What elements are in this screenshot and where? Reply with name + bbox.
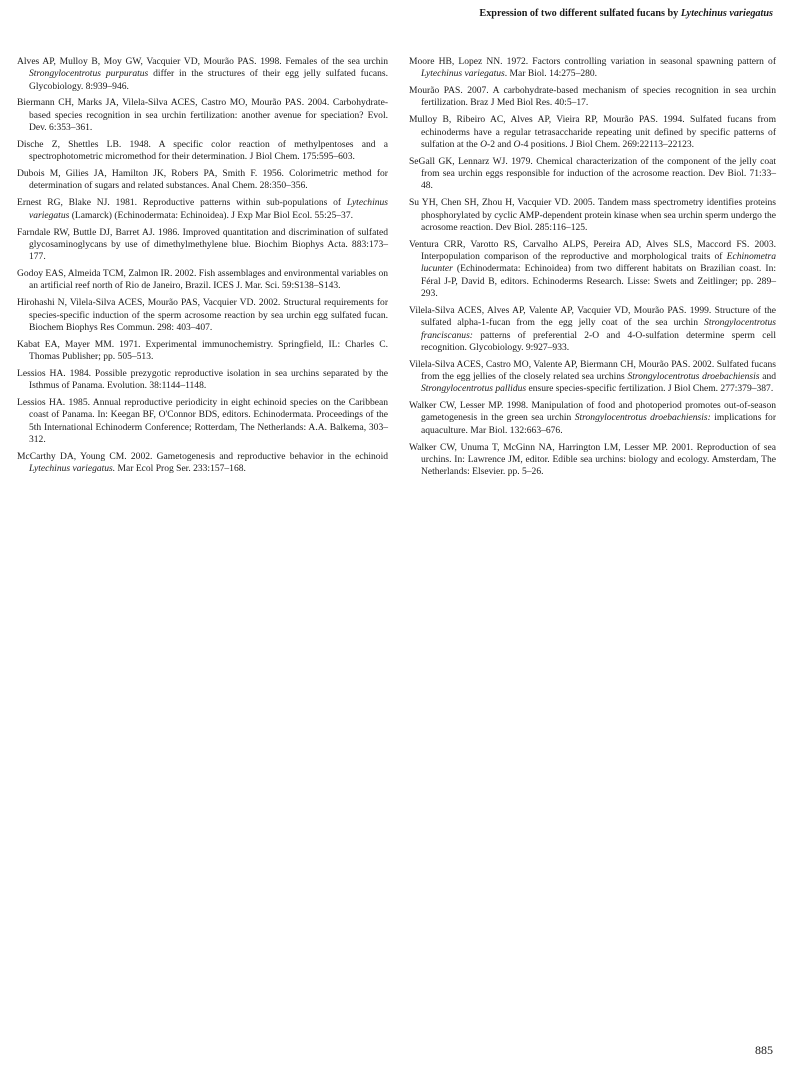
italic-text: Lytechinus variegatus. <box>29 463 115 474</box>
text-run: Mar Ecol Prog Ser. 233:157–168. <box>115 463 246 474</box>
reference-entry: Mulloy B, Ribeiro AC, Alves AP, Vieira R… <box>409 114 776 151</box>
reference-entry: Kabat EA, Mayer MM. 1971. Experimental i… <box>17 339 388 364</box>
italic-text: Strongylocentrotus pallidus <box>421 383 526 394</box>
reference-entry: Godoy EAS, Almeida TCM, Zalmon IR. 2002.… <box>17 268 388 293</box>
reference-entry: Ernest RG, Blake NJ. 1981. Reproductive … <box>17 197 388 222</box>
text-run: (Echinodermata: Echinoidea) from two dif… <box>421 263 776 299</box>
text-run: Hirohashi N, Vilela-Silva ACES, Mourão P… <box>17 297 388 333</box>
italic-text: Strongylocentrotus droebachiensis: <box>575 412 711 423</box>
reference-entry: Farndale RW, Buttle DJ, Barret AJ. 1986.… <box>17 227 388 264</box>
text-run: . Mar Biol. 14:275–280. <box>505 68 597 79</box>
reference-entry: Alves AP, Mulloy B, Moy GW, Vacquier VD,… <box>17 56 388 93</box>
text-run: Kabat EA, Mayer MM. 1971. Experimental i… <box>17 339 388 362</box>
text-run: Lessios HA. 1985. Annual reproductive pe… <box>17 397 388 445</box>
reference-entry: Lessios HA. 1985. Annual reproductive pe… <box>17 397 388 446</box>
reference-entry: Su YH, Chen SH, Zhou H, Vacquier VD. 200… <box>409 197 776 234</box>
italic-text: O <box>480 139 487 150</box>
text-run: Walker CW, Unuma T, McGinn NA, Harringto… <box>409 442 776 478</box>
text-run: Ernest RG, Blake NJ. 1981. Reproductive … <box>17 197 347 208</box>
text-run: Ventura CRR, Varotto RS, Carvalho ALPS, … <box>409 239 776 262</box>
reference-entry: Moore HB, Lopez NN. 1972. Factors contro… <box>409 56 776 81</box>
reference-entry: Mourão PAS. 2007. A carbohydrate-based m… <box>409 85 776 110</box>
text-run: patterns of preferential 2-O and 4-O-sul… <box>421 330 776 353</box>
reference-entry: Vilela-Silva ACES, Castro MO, Valente AP… <box>409 359 776 396</box>
reference-entry: McCarthy DA, Young CM. 2002. Gametogenes… <box>17 451 388 476</box>
text-run: SeGall GK, Lennarz WJ. 1979. Chemical ch… <box>409 156 776 192</box>
italic-text: Strongylocentrotus droebachiensis <box>627 371 759 382</box>
text-run: Moore HB, Lopez NN. 1972. Factors contro… <box>409 56 776 67</box>
text-run: ensure species-specific fertilization. J… <box>526 383 773 394</box>
reference-entry: Vilela-Silva ACES, Alves AP, Valente AP,… <box>409 305 776 354</box>
text-run: Biermann CH, Marks JA, Vilela-Silva ACES… <box>17 97 388 133</box>
reference-entry: Walker CW, Lesser MP. 1998. Manipulation… <box>409 400 776 437</box>
reference-entry: SeGall GK, Lennarz WJ. 1979. Chemical ch… <box>409 156 776 193</box>
running-header-title: Expression of two different sulfated fuc… <box>479 8 773 19</box>
reference-entry: Ventura CRR, Varotto RS, Carvalho ALPS, … <box>409 239 776 300</box>
text-run: Godoy EAS, Almeida TCM, Zalmon IR. 2002.… <box>17 268 388 291</box>
text-run: Expression of two different sulfated fuc… <box>479 8 680 19</box>
italic-text: Lytechinus variegatus <box>421 68 505 79</box>
text-run: Lessios HA. 1984. Possible prezygotic re… <box>17 368 388 391</box>
text-run: -4 positions. J Biol Chem. 269:22113–221… <box>520 139 694 150</box>
text-run: Mourão PAS. 2007. A carbohydrate-based m… <box>409 85 776 108</box>
reference-entry: Dische Z, Shettles LB. 1948. A specific … <box>17 139 388 164</box>
text-run: and <box>760 371 776 382</box>
reference-entry: Lessios HA. 1984. Possible prezygotic re… <box>17 368 388 393</box>
text-run: Farndale RW, Buttle DJ, Barret AJ. 1986.… <box>17 227 388 263</box>
text-run: Alves AP, Mulloy B, Moy GW, Vacquier VD,… <box>17 56 388 67</box>
reference-entry: Dubois M, Gilies JA, Hamilton JK, Robers… <box>17 168 388 193</box>
text-run: McCarthy DA, Young CM. 2002. Gametogenes… <box>17 451 388 462</box>
reference-entry: Hirohashi N, Vilela-Silva ACES, Mourão P… <box>17 297 388 334</box>
italic-text: Strongylocentrotus purpuratus <box>29 68 148 79</box>
reference-entry: Biermann CH, Marks JA, Vilela-Silva ACES… <box>17 97 388 134</box>
references-right-column: Moore HB, Lopez NN. 1972. Factors contro… <box>409 56 776 483</box>
page-number: 885 <box>755 1043 773 1058</box>
text-run: (Lamarck) (Echinodermata: Echinoidea). J… <box>69 210 353 221</box>
text-run: Dubois M, Gilies JA, Hamilton JK, Robers… <box>17 168 388 191</box>
reference-entry: Walker CW, Unuma T, McGinn NA, Harringto… <box>409 442 776 479</box>
text-run: Dische Z, Shettles LB. 1948. A specific … <box>17 139 388 162</box>
text-run: -2 and <box>487 139 514 150</box>
text-run: Su YH, Chen SH, Zhou H, Vacquier VD. 200… <box>409 197 776 233</box>
references-left-column: Alves AP, Mulloy B, Moy GW, Vacquier VD,… <box>17 56 388 480</box>
italic-text: Lytechinus variegatus <box>681 8 773 19</box>
